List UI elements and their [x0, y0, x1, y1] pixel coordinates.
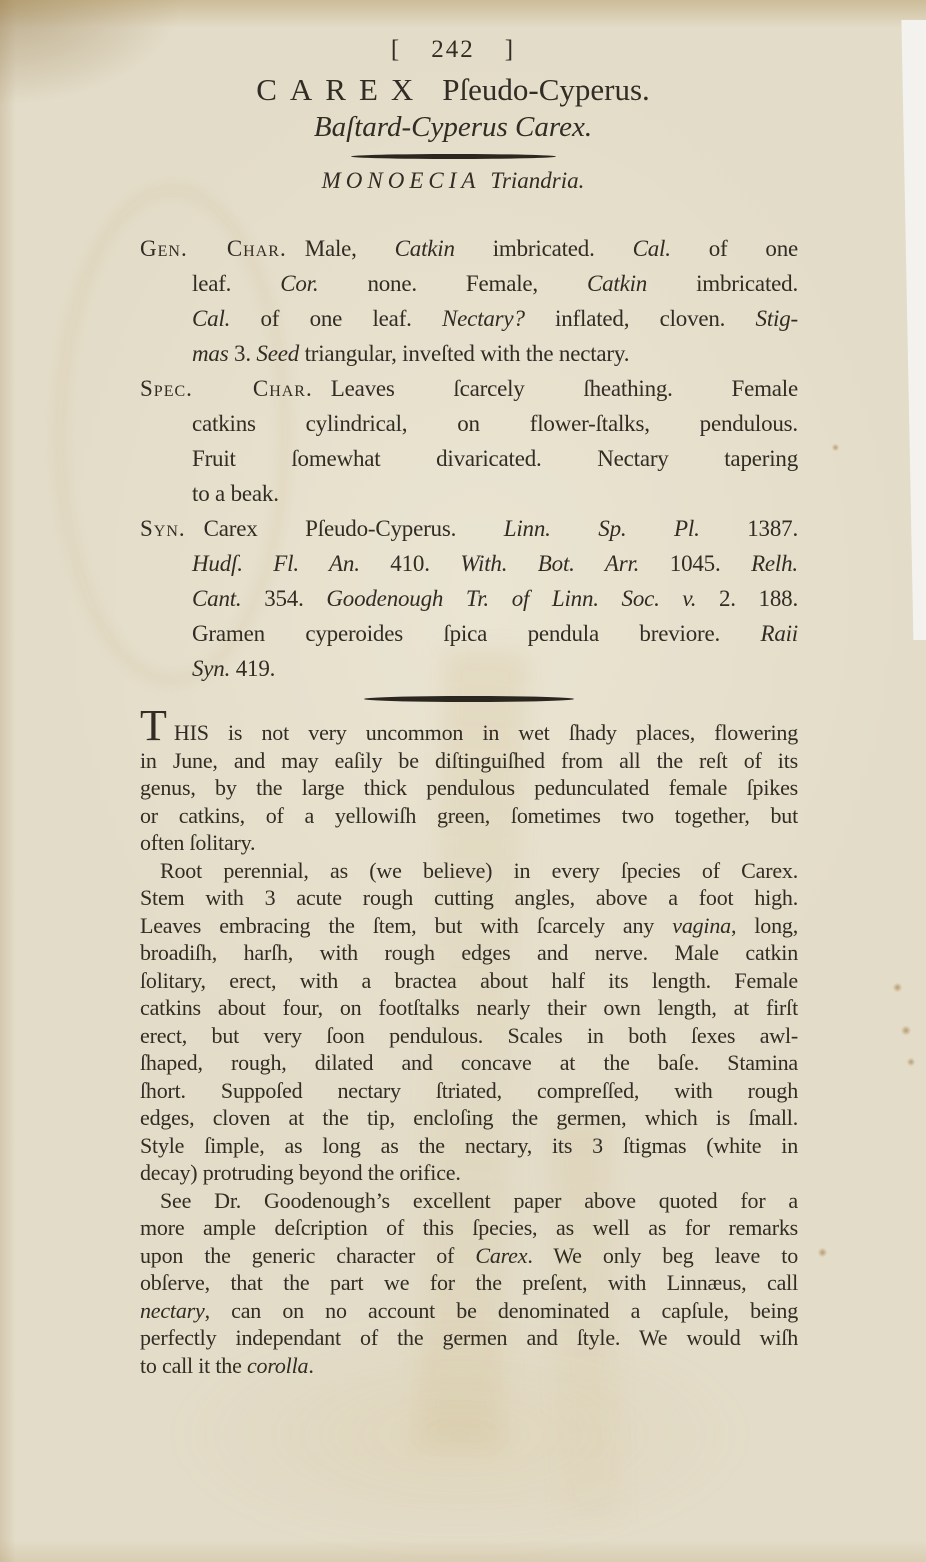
- entry-label: Gen. Char.: [140, 236, 287, 261]
- text-line: catkins cylindrical, on flower-ſtalks, p…: [140, 406, 798, 441]
- text-segment: vagina: [672, 913, 731, 938]
- text-segment: 2. 188.: [696, 586, 798, 611]
- text-line: Gramen cyperoides ſpica pendula breviore…: [140, 616, 798, 651]
- fox-spot: [893, 983, 902, 992]
- text-segment: Stem with 3 acute rough cutting angles, …: [140, 885, 798, 910]
- text-line: Style ſimple, as long as the nectary, it…: [140, 1132, 798, 1160]
- text-segment: Nectary?: [442, 306, 525, 331]
- text-segment: Seed: [256, 341, 299, 366]
- page-title: CAREXPſeudo-Cyperus.: [60, 72, 846, 108]
- fox-spot: [907, 1058, 915, 1066]
- text-segment: 1387.: [700, 516, 798, 541]
- text-line: in June, and may eaſily be diſtinguiſhed…: [140, 747, 798, 775]
- text-segment: Cal.: [192, 306, 230, 331]
- text-segment: of one: [671, 236, 798, 261]
- fox-spot: [832, 444, 839, 451]
- text-line: broadiſh, harſh, with rough edges and ne…: [140, 939, 798, 967]
- text-line: to call it the corolla.: [140, 1352, 798, 1380]
- synonyms-entry: Syn.Carex Pſeudo-Cyperus. Linn. Sp. Pl. …: [140, 511, 798, 686]
- text-segment: Carex: [475, 1243, 527, 1268]
- text-segment: to a beak.: [192, 481, 279, 506]
- text-segment: triangular, inveſted with the nectary.: [299, 341, 629, 366]
- text-line: catkins about four, on footſtalks nearly…: [140, 994, 798, 1022]
- text-segment: often ſolitary.: [140, 830, 255, 855]
- text-line: obſerve, that the part we for the preſen…: [140, 1269, 798, 1297]
- text-segment: imbricated.: [455, 236, 633, 261]
- text-segment: catkins about four, on footſtalks nearly…: [140, 995, 798, 1020]
- text-line: genus, by the large thick pendulous pedu…: [140, 774, 798, 802]
- text-segment: edges, cloven at the tip, encloſing the …: [140, 1105, 798, 1130]
- text-segment: genus, by the large thick pendulous pedu…: [140, 775, 798, 800]
- text-line: erect, but very ſoon pendulous. Scales i…: [140, 1022, 798, 1050]
- text-segment: See Dr. Goodenough’s excellent paper abo…: [160, 1188, 798, 1213]
- text-line: nectary, can on no account be denominate…: [140, 1297, 798, 1325]
- text-line: Spec. Char.Leaves ſcarcely ſheathing. Fe…: [140, 371, 798, 406]
- text-segment: 3.: [228, 341, 256, 366]
- text-line: Stem with 3 acute rough cutting angles, …: [140, 884, 798, 912]
- description-paragraph-1: THIS is not very uncommon in wet ſhady p…: [140, 712, 798, 857]
- text-segment: Root perennial, as (we believe) in every…: [160, 858, 798, 883]
- text-line: perfectly independant of the germen and …: [140, 1324, 798, 1352]
- fox-spot: [901, 1026, 911, 1035]
- text-segment: none. Female,: [318, 271, 587, 296]
- description-paragraph-3: See Dr. Goodenough’s excellent paper abo…: [140, 1187, 798, 1380]
- text-segment: ſolitary, erect, with a bractea about ha…: [140, 968, 798, 993]
- text-segment: inflated, cloven.: [525, 306, 756, 331]
- text-segment: ſhort. Suppoſed nectary ſtriated, compre…: [140, 1078, 798, 1103]
- text-segment: obſerve, that the part we for the preſen…: [140, 1270, 798, 1295]
- text-line: See Dr. Goodenough’s excellent paper abo…: [140, 1187, 798, 1215]
- text-line: more ample deſcription of this ſpecies, …: [140, 1214, 798, 1242]
- text-segment: 419.: [230, 656, 275, 681]
- text-line: Root perennial, as (we believe) in every…: [140, 857, 798, 885]
- header-rule: [351, 154, 556, 159]
- fox-spot: [818, 1248, 827, 1257]
- text-segment: in June, and may eaſily be diſtinguiſhed…: [140, 748, 798, 773]
- text-segment: broadiſh, harſh, with rough edges and ne…: [140, 940, 798, 965]
- classification-line: MONOECIATriandria.: [60, 168, 846, 194]
- classification-order: MONOECIA: [322, 168, 481, 193]
- text-segment: of one leaf.: [230, 306, 442, 331]
- text-line: mas 3. Seed triangular, inveſted with th…: [140, 336, 798, 371]
- text-segment: imbricated.: [647, 271, 798, 296]
- text-segment: or catkins, of a yellowiſh green, ſometi…: [140, 803, 798, 828]
- text-segment: Leaves ſcarcely ſheathing. Female: [331, 376, 798, 401]
- text-segment: Relh.: [751, 551, 798, 576]
- text-line: Cal. of one leaf. Nectary? inflated, clo…: [140, 301, 798, 336]
- text-segment: Cor.: [280, 271, 318, 296]
- text-segment: Stig-: [756, 306, 798, 331]
- text-line: Syn.Carex Pſeudo-Cyperus. Linn. Sp. Pl. …: [140, 511, 798, 546]
- text-line: leaf. Cor. none. Female, Catkin imbricat…: [140, 266, 798, 301]
- specific-character-entry: Spec. Char.Leaves ſcarcely ſheathing. Fe…: [140, 371, 798, 511]
- text-line: Fruit ſomewhat divaricated. Nectary tape…: [140, 441, 798, 476]
- species-name: Pſeudo-Cyperus.: [442, 72, 650, 107]
- page-number: [242]: [60, 36, 846, 64]
- text-column: Gen. Char.Male, Catkin imbricated. Cal. …: [140, 231, 798, 1379]
- text-line: Cant. 354. Goodenough Tr. of Linn. Soc. …: [140, 581, 798, 616]
- text-segment: Syn.: [192, 656, 230, 681]
- text-line: decay) protruding beyond the orifice.: [140, 1159, 798, 1187]
- text-segment: Cant.: [192, 586, 241, 611]
- text-segment: .: [308, 1353, 313, 1378]
- bracket-right: ]: [505, 36, 515, 63]
- section-divider-rule: [364, 696, 574, 702]
- text-segment: , long,: [731, 913, 798, 938]
- text-segment: mas: [192, 341, 228, 366]
- text-line: Gen. Char.Male, Catkin imbricated. Cal. …: [140, 231, 798, 266]
- text-segment: corolla: [247, 1353, 308, 1378]
- text-segment: Leaves embracing the ſtem, but with ſcar…: [140, 913, 672, 938]
- text-line: to a beak.: [140, 476, 798, 511]
- text-line: Leaves embracing the ſtem, but with ſcar…: [140, 912, 798, 940]
- text-segment: Linn. Sp. Pl.: [504, 516, 700, 541]
- text-line: often ſolitary.: [140, 829, 798, 857]
- text-segment: HIS is not very uncommon in wet ſhady pl…: [174, 720, 798, 745]
- text-segment: more ample deſcription of this ſpecies, …: [140, 1215, 798, 1240]
- text-segment: Catkin: [587, 271, 647, 296]
- text-segment: 1045.: [639, 551, 751, 576]
- text-segment: leaf.: [192, 271, 280, 296]
- text-segment: 354.: [241, 586, 326, 611]
- text-segment: Style ſimple, as long as the nectary, it…: [140, 1133, 798, 1158]
- generic-character-entry: Gen. Char.Male, Catkin imbricated. Cal. …: [140, 231, 798, 371]
- text-segment: Carex Pſeudo-Cyperus.: [204, 516, 504, 541]
- description-paragraph-2: Root perennial, as (we believe) in every…: [140, 857, 798, 1187]
- classification-class: Triandria.: [490, 168, 584, 193]
- genus-name: CAREX: [256, 72, 426, 107]
- text-segment: ſhaped, rough, dilated and concave at th…: [140, 1050, 798, 1075]
- text-segment: to call it the: [140, 1353, 247, 1378]
- text-line: upon the generic character of Carex. We …: [140, 1242, 798, 1270]
- text-segment: Cal.: [633, 236, 671, 261]
- text-line: ſhaped, rough, dilated and concave at th…: [140, 1049, 798, 1077]
- text-segment: Catkin: [395, 236, 455, 261]
- scan-background-edge: [896, 20, 926, 640]
- text-segment: nectary: [140, 1298, 205, 1323]
- text-segment: perfectly independant of the germen and …: [140, 1325, 798, 1350]
- text-segment: With. Bot. Arr.: [460, 551, 639, 576]
- entry-label: Spec. Char.: [140, 376, 313, 401]
- text-segment: 410.: [360, 551, 461, 576]
- text-segment: catkins cylindrical, on flower-ſtalks, p…: [192, 411, 798, 436]
- book-page-scan: [242] CAREXPſeudo-Cyperus. Baſtard-Cyper…: [0, 0, 926, 1562]
- text-line: Hudſ. Fl. An. 410. With. Bot. Arr. 1045.…: [140, 546, 798, 581]
- text-segment: Goodenough Tr. of Linn. Soc. v.: [326, 586, 696, 611]
- text-segment: Gramen cyperoides ſpica pendula breviore…: [192, 621, 760, 646]
- text-segment: Fruit ſomewhat divaricated. Nectary tape…: [192, 446, 798, 471]
- bracket-left: [: [391, 36, 401, 63]
- text-segment: Raii: [760, 621, 798, 646]
- text-line: or catkins, of a yellowiſh green, ſometi…: [140, 802, 798, 830]
- text-line: ſhort. Suppoſed nectary ſtriated, compre…: [140, 1077, 798, 1105]
- text-segment: Male,: [305, 236, 395, 261]
- common-name: Baſtard-Cyperus Carex.: [60, 111, 846, 144]
- text-segment: erect, but very ſoon pendulous. Scales i…: [140, 1023, 798, 1048]
- entry-label: Syn.: [140, 516, 186, 541]
- text-line: ſolitary, erect, with a bractea about ha…: [140, 967, 798, 995]
- page-number-value: 242: [431, 36, 475, 63]
- drop-cap: T: [140, 701, 169, 750]
- text-segment: upon the generic character of: [140, 1243, 475, 1268]
- text-line: THIS is not very uncommon in wet ſhady p…: [140, 712, 798, 747]
- text-segment: Hudſ. Fl. An.: [192, 551, 360, 576]
- text-segment: , can on no account be denominated a cap…: [205, 1298, 798, 1323]
- page-header: [242] CAREXPſeudo-Cyperus. Baſtard-Cyper…: [60, 36, 846, 194]
- text-segment: decay) protruding beyond the orifice.: [140, 1160, 461, 1185]
- text-segment: . We only beg leave to: [527, 1243, 798, 1268]
- text-line: Syn. 419.: [140, 651, 798, 686]
- text-line: edges, cloven at the tip, encloſing the …: [140, 1104, 798, 1132]
